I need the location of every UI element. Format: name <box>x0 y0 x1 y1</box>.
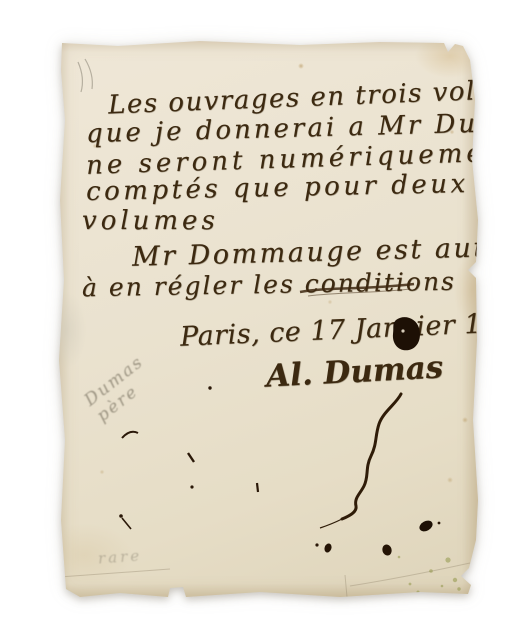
ink-speck <box>190 485 193 488</box>
ink-speck <box>257 483 258 492</box>
manuscript-dateline: Paris, ce 17 Janvier 1843 <box>179 306 532 352</box>
ink-blot <box>418 518 435 533</box>
pencil-note-rare: rare <box>97 546 142 567</box>
pencil-stroke <box>85 59 92 89</box>
crease-line <box>345 575 347 597</box>
ink-speck <box>208 386 211 389</box>
signature-dumas: Al. Dumas <box>265 349 444 394</box>
manuscript-paper: Dumas père rare Les ouvrages en trois vo… <box>58 40 478 597</box>
crease-lines <box>60 563 470 597</box>
pencil-scribble <box>78 59 92 92</box>
manuscript-line-6: Mr Dommauge est autorisé <box>132 230 532 272</box>
mold-speck <box>457 587 460 590</box>
mold-speck <box>409 583 412 586</box>
pencil-stroke <box>78 62 82 92</box>
mold-stains <box>398 556 461 594</box>
mold-speck <box>398 556 401 559</box>
signature-flourish-hairline <box>320 519 342 528</box>
mold-speck <box>453 578 457 582</box>
crease-line <box>60 569 170 577</box>
crease-line <box>350 563 470 586</box>
signature-flourish-tail <box>342 394 401 519</box>
ink-speck <box>119 514 123 518</box>
mold-speck <box>445 557 450 562</box>
mold-speck <box>441 585 444 588</box>
mold-speck <box>417 591 420 594</box>
ink-speck <box>315 543 318 546</box>
photo-background: Dumas père rare Les ouvrages en trois vo… <box>0 0 532 640</box>
mold-speck <box>429 569 433 573</box>
manuscript-line-7: à en régler les conditions <box>82 267 456 303</box>
ink-speck <box>122 518 131 529</box>
paper-shadow: Dumas père rare Les ouvrages en trois vo… <box>0 0 532 640</box>
ink-speck <box>122 432 138 438</box>
ink-blot <box>381 543 393 556</box>
ink-speck <box>323 543 333 554</box>
ink-speck <box>188 453 194 462</box>
ink-speck <box>438 522 441 525</box>
pencil-note-dumas-pere: Dumas père <box>81 353 160 427</box>
manuscript-line-5: volumes <box>82 206 219 236</box>
